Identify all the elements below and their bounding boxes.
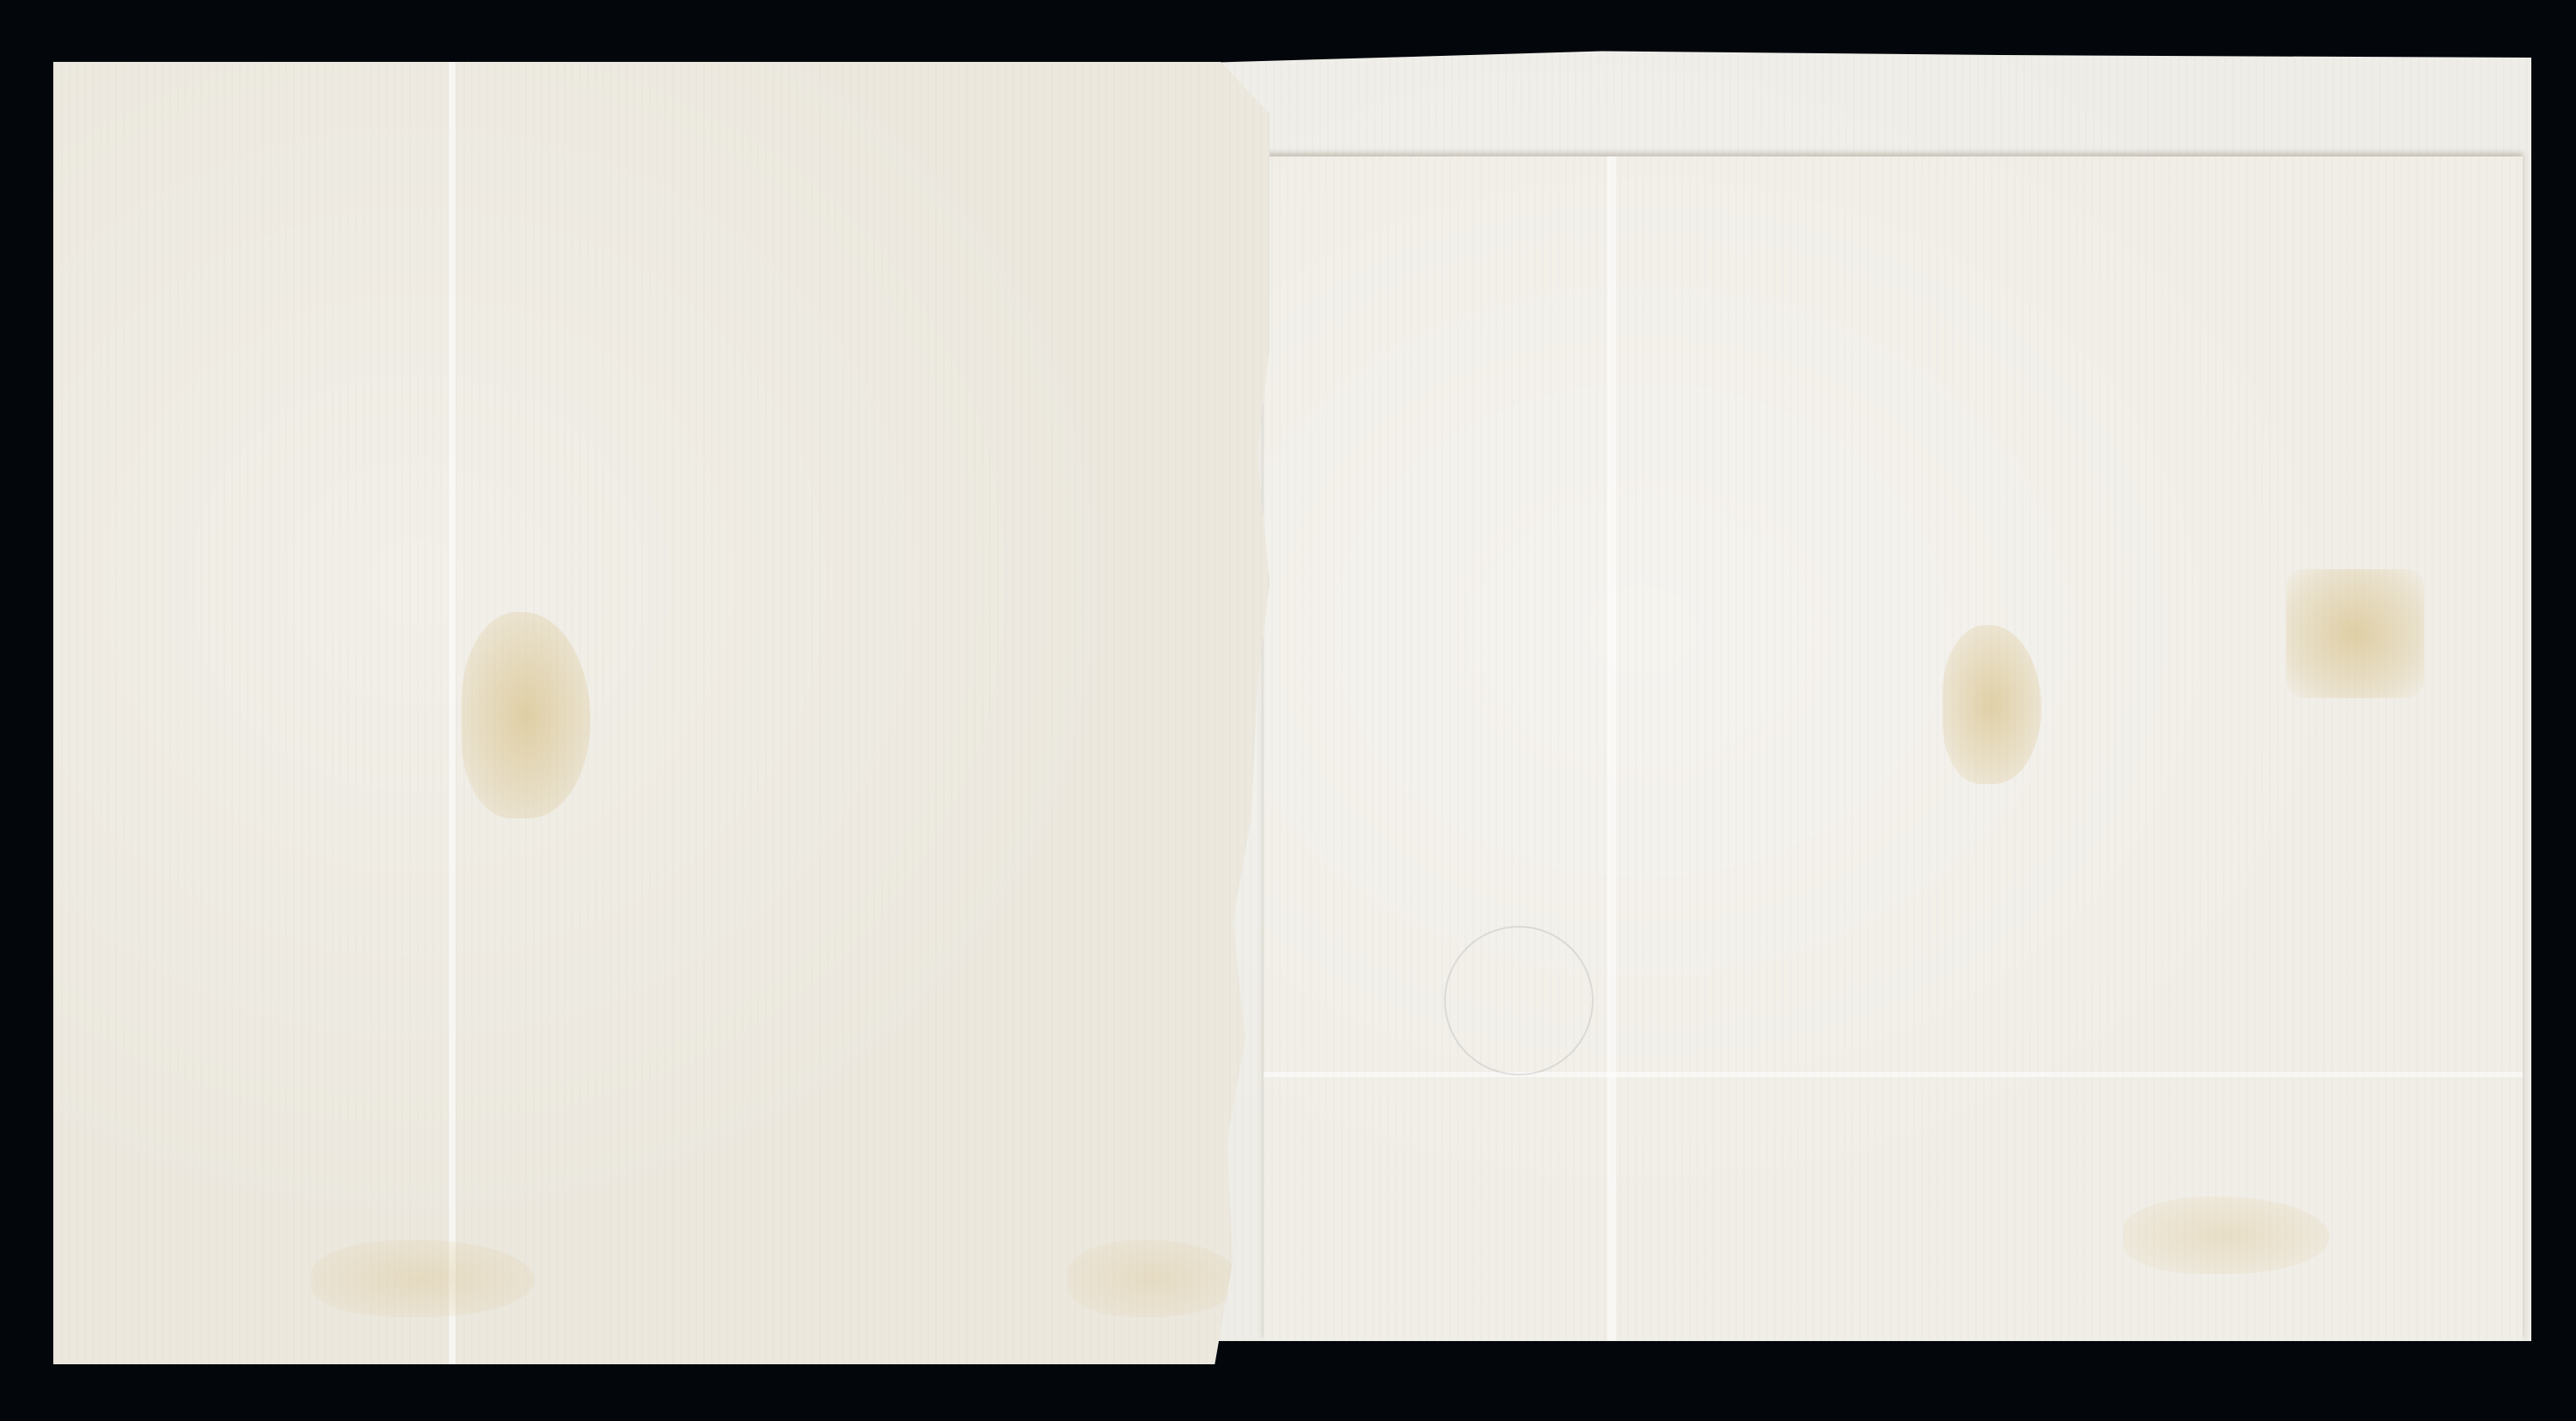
- front-flap: [53, 62, 1270, 1364]
- flap-vertical-fold: [449, 62, 456, 1364]
- stain-bottom-mid: [1068, 1240, 1239, 1317]
- stain-small-bottom: [2123, 1197, 2329, 1274]
- stain-center-right: [1943, 625, 2041, 784]
- postmark: [1444, 926, 1594, 1075]
- vertical-fold-line: [1607, 156, 1616, 1341]
- stain-left: [462, 612, 590, 818]
- stain-bottom-left: [311, 1240, 535, 1317]
- stain-far-right: [2286, 569, 2424, 698]
- horizontal-fold-line: [1264, 1072, 2523, 1077]
- inner-sheet: [1264, 156, 2523, 1341]
